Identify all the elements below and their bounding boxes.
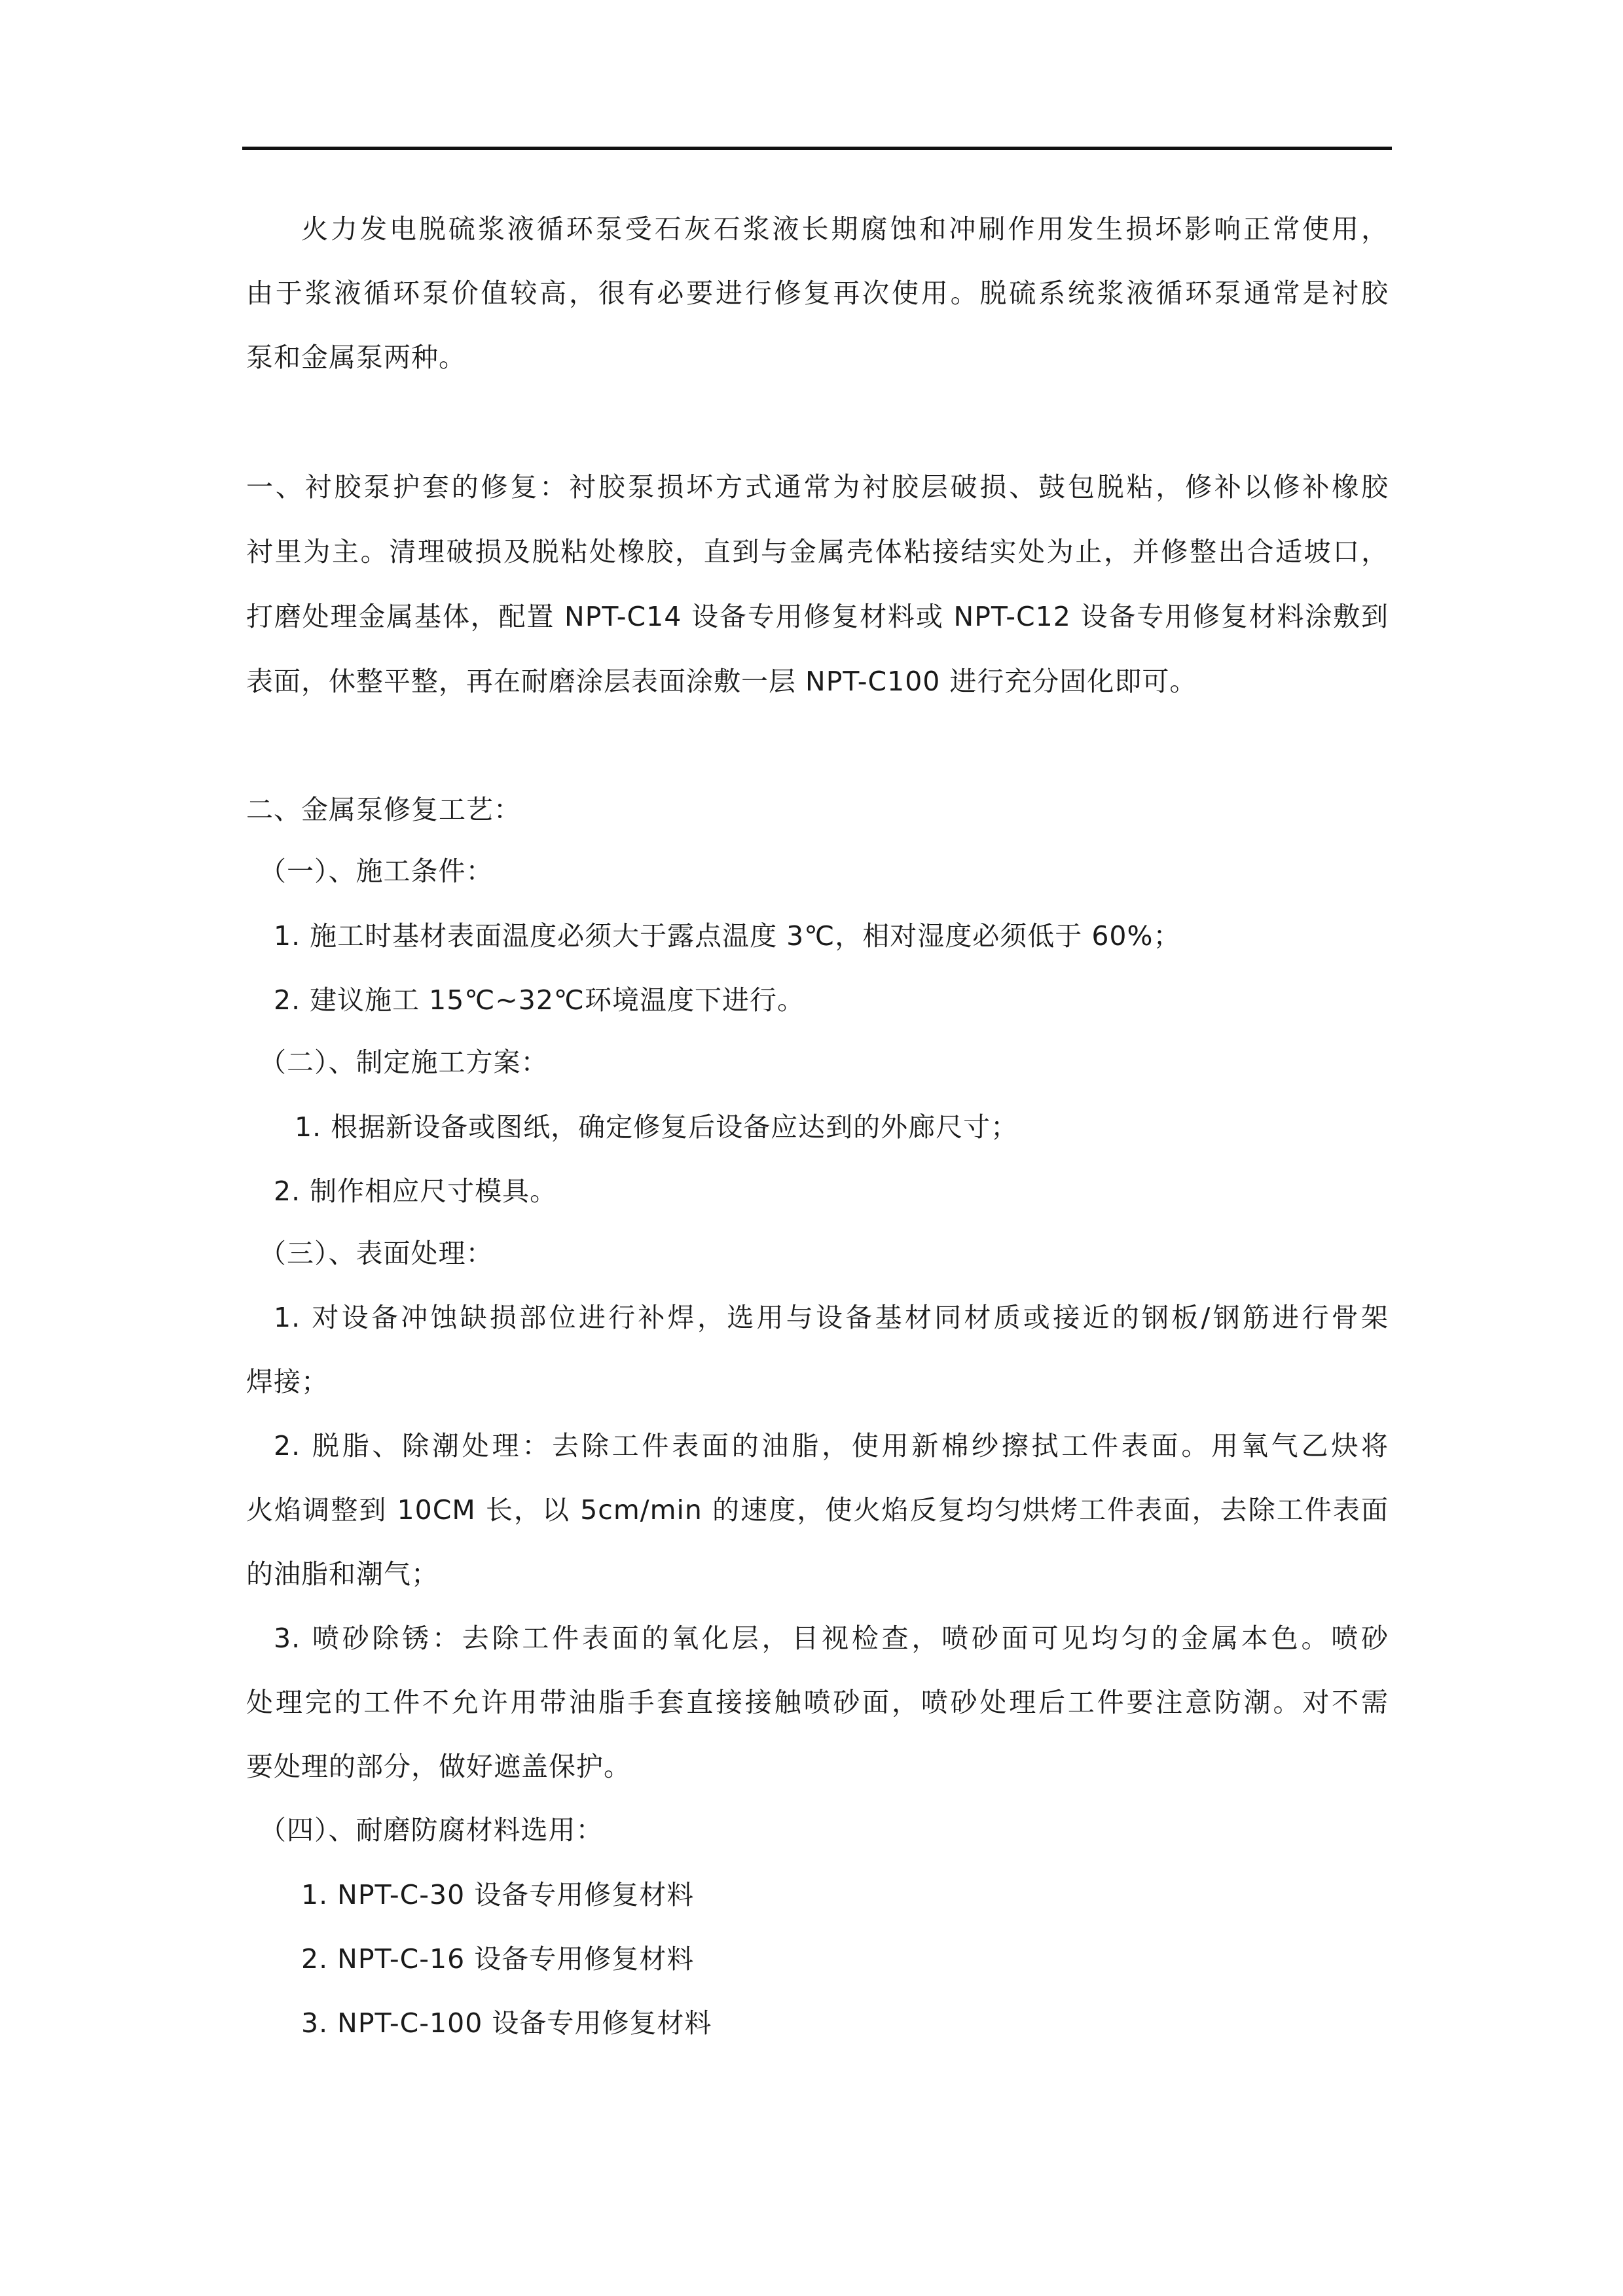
list-item: 2. 制作相应尺寸模具。	[274, 1175, 557, 1208]
subsection-heading: （二）、制定施工方案：	[259, 1046, 549, 1079]
text-line: 3. 喷砂除锈：去除工件表面的氧化层，目视检查，喷砂面可见均匀的金属本色。喷砂	[274, 1622, 1389, 1655]
subsection-heading: （四）、耐磨防腐材料选用：	[259, 1814, 604, 1846]
text-line: 一、衬胶泵护套的修复：衬胶泵损坏方式通常为衬胶层破损、鼓包脱粘，修补以修补橡胶	[246, 471, 1389, 503]
subsection-heading: （一）、施工条件：	[259, 855, 494, 888]
text-line: 火焰调整到 10CM 长，以 5cm/min 的速度，使火焰反复均匀烘烤工件表面…	[246, 1494, 1389, 1526]
list-item: 2. NPT-C-16 设备专用修复材料	[301, 1943, 694, 1975]
list-item: 1. 根据新设备或图纸，确定修复后设备应达到的外廊尺寸；	[295, 1111, 1018, 1143]
text-line: 2. 脱脂、除潮处理：去除工件表面的油脂，使用新棉纱擦拭工件表面。用氧气乙炔将	[274, 1429, 1389, 1462]
text-line: 打磨处理金属基体，配置 NPT-C14 设备专用修复材料或 NPT-C12 设备…	[246, 600, 1389, 633]
list-item: 1. 施工时基材表面温度必须大于露点温度 3℃，相对湿度必须低于 60%；	[274, 920, 1180, 952]
list-item: 1. NPT-C-30 设备专用修复材料	[301, 1878, 694, 1911]
text-line: 要处理的部分，做好遮盖保护。	[246, 1750, 631, 1783]
text-line: 表面，休整平整，再在耐磨涂层表面涂敷一层 NPT-C100 进行充分固化即可。	[246, 665, 1197, 698]
text-line: 衬里为主。清理破损及脱粘处橡胶，直到与金属壳体粘接结实处为止，并修整出合适坡口，	[246, 535, 1389, 568]
text-line: 泵和金属泵两种。	[246, 341, 466, 374]
text-line: 由于浆液循环泵价值较高，很有必要进行修复再次使用。脱硫系统浆液循环泵通常是衬胶	[246, 277, 1389, 310]
section-heading: 二、金属泵修复工艺：	[246, 793, 521, 826]
subsection-heading: （三）、表面处理：	[259, 1237, 494, 1270]
text-line: 火力发电脱硫浆液循环泵受石灰石浆液长期腐蚀和冲刷作用发生损坏影响正常使用，	[301, 213, 1389, 245]
text-line: 焊接；	[246, 1365, 329, 1398]
text-line: 处理完的工件不允许用带油脂手套直接接触喷砂面，喷砂处理后工件要注意防潮。对不需	[246, 1686, 1389, 1719]
text-line: 的油脂和潮气；	[246, 1558, 439, 1590]
list-item: 3. NPT-C-100 设备专用修复材料	[301, 2007, 712, 2039]
list-item: 2. 建议施工 15℃~32℃环境温度下进行。	[274, 984, 805, 1016]
text-line: 1. 对设备冲蚀缺损部位进行补焊，选用与设备基材同材质或接近的钢板/钢筋进行骨架	[274, 1301, 1389, 1334]
header-rule	[242, 147, 1392, 150]
